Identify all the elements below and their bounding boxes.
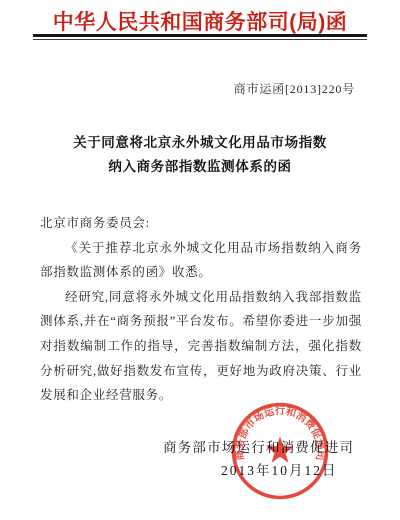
letterhead-divider (33, 34, 367, 41)
body-paragraph-2: 经研究,同意将永外城文化用品指数纳入我部指数监测体系,并在“商务预报”平台发布。… (40, 285, 362, 408)
seal-star (266, 437, 294, 463)
letter-subject: 关于同意将北京永外城文化用品市场指数 纳入商务部指数监测体系的函 (0, 131, 400, 179)
divider-thin-line (33, 39, 367, 40)
official-letter-page: 中华人民共和国商务部司(局)函 商市运函[2013]220号 关于同意将北京永外… (0, 0, 400, 520)
subject-line-1: 关于同意将北京永外城文化用品市场指数 (0, 131, 400, 155)
letterhead-title: 中华人民共和国商务部司(局)函 (0, 6, 400, 36)
body-paragraph-1: 《关于推荐北京永外城文化用品市场指数纳入商务部指数监测体系的函》收悉。 (40, 236, 362, 285)
recipient-line: 北京市商务委员会: (40, 211, 362, 236)
official-red-seal: 商务部市场运行和消费促进司 (225, 396, 335, 506)
divider-thick-line (33, 34, 367, 37)
document-number: 商市运函[2013]220号 (234, 80, 355, 97)
letter-body: 北京市商务委员会: 《关于推荐北京永外城文化用品市场指数纳入商务部指数监测体系的… (40, 211, 362, 408)
subject-line-2: 纳入商务部指数监测体系的函 (0, 155, 400, 179)
